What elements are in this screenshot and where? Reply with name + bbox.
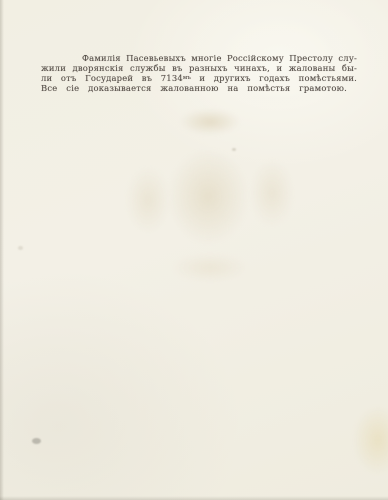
grant-year: 7134 [161, 73, 183, 83]
scanned-page: Фамилія Пасевьевыхъ многіе Россійскому П… [0, 0, 388, 500]
paragraph: Фамилія Пасевьевыхъ многіе Россійскому П… [41, 53, 357, 93]
text-line-4: Все сіе доказывается жалованною на помѣс… [41, 83, 357, 93]
ink-speck [18, 246, 23, 250]
page-edge-left [0, 0, 4, 500]
text-line-3-pre: ли отъ Государей въ [41, 73, 161, 83]
text-line-3-post: и другихъ годахъ помѣстьями. [191, 73, 357, 83]
coat-of-arms-showthrough [124, 104, 296, 282]
page-edge-bottom [0, 496, 388, 500]
ink-speck [232, 148, 236, 151]
grant-year-suffix: мъ [183, 75, 191, 81]
text-line-3: ли отъ Государей въ 7134мъ и другихъ год… [41, 73, 357, 83]
text-line-1: Фамилія Пасевьевыхъ многіе Россійскому П… [41, 53, 357, 63]
ink-speck [32, 438, 41, 444]
paper-stain-right [346, 396, 388, 484]
text-line-2: жили дворянскія службы въ разныхъ чинахъ… [41, 63, 357, 73]
